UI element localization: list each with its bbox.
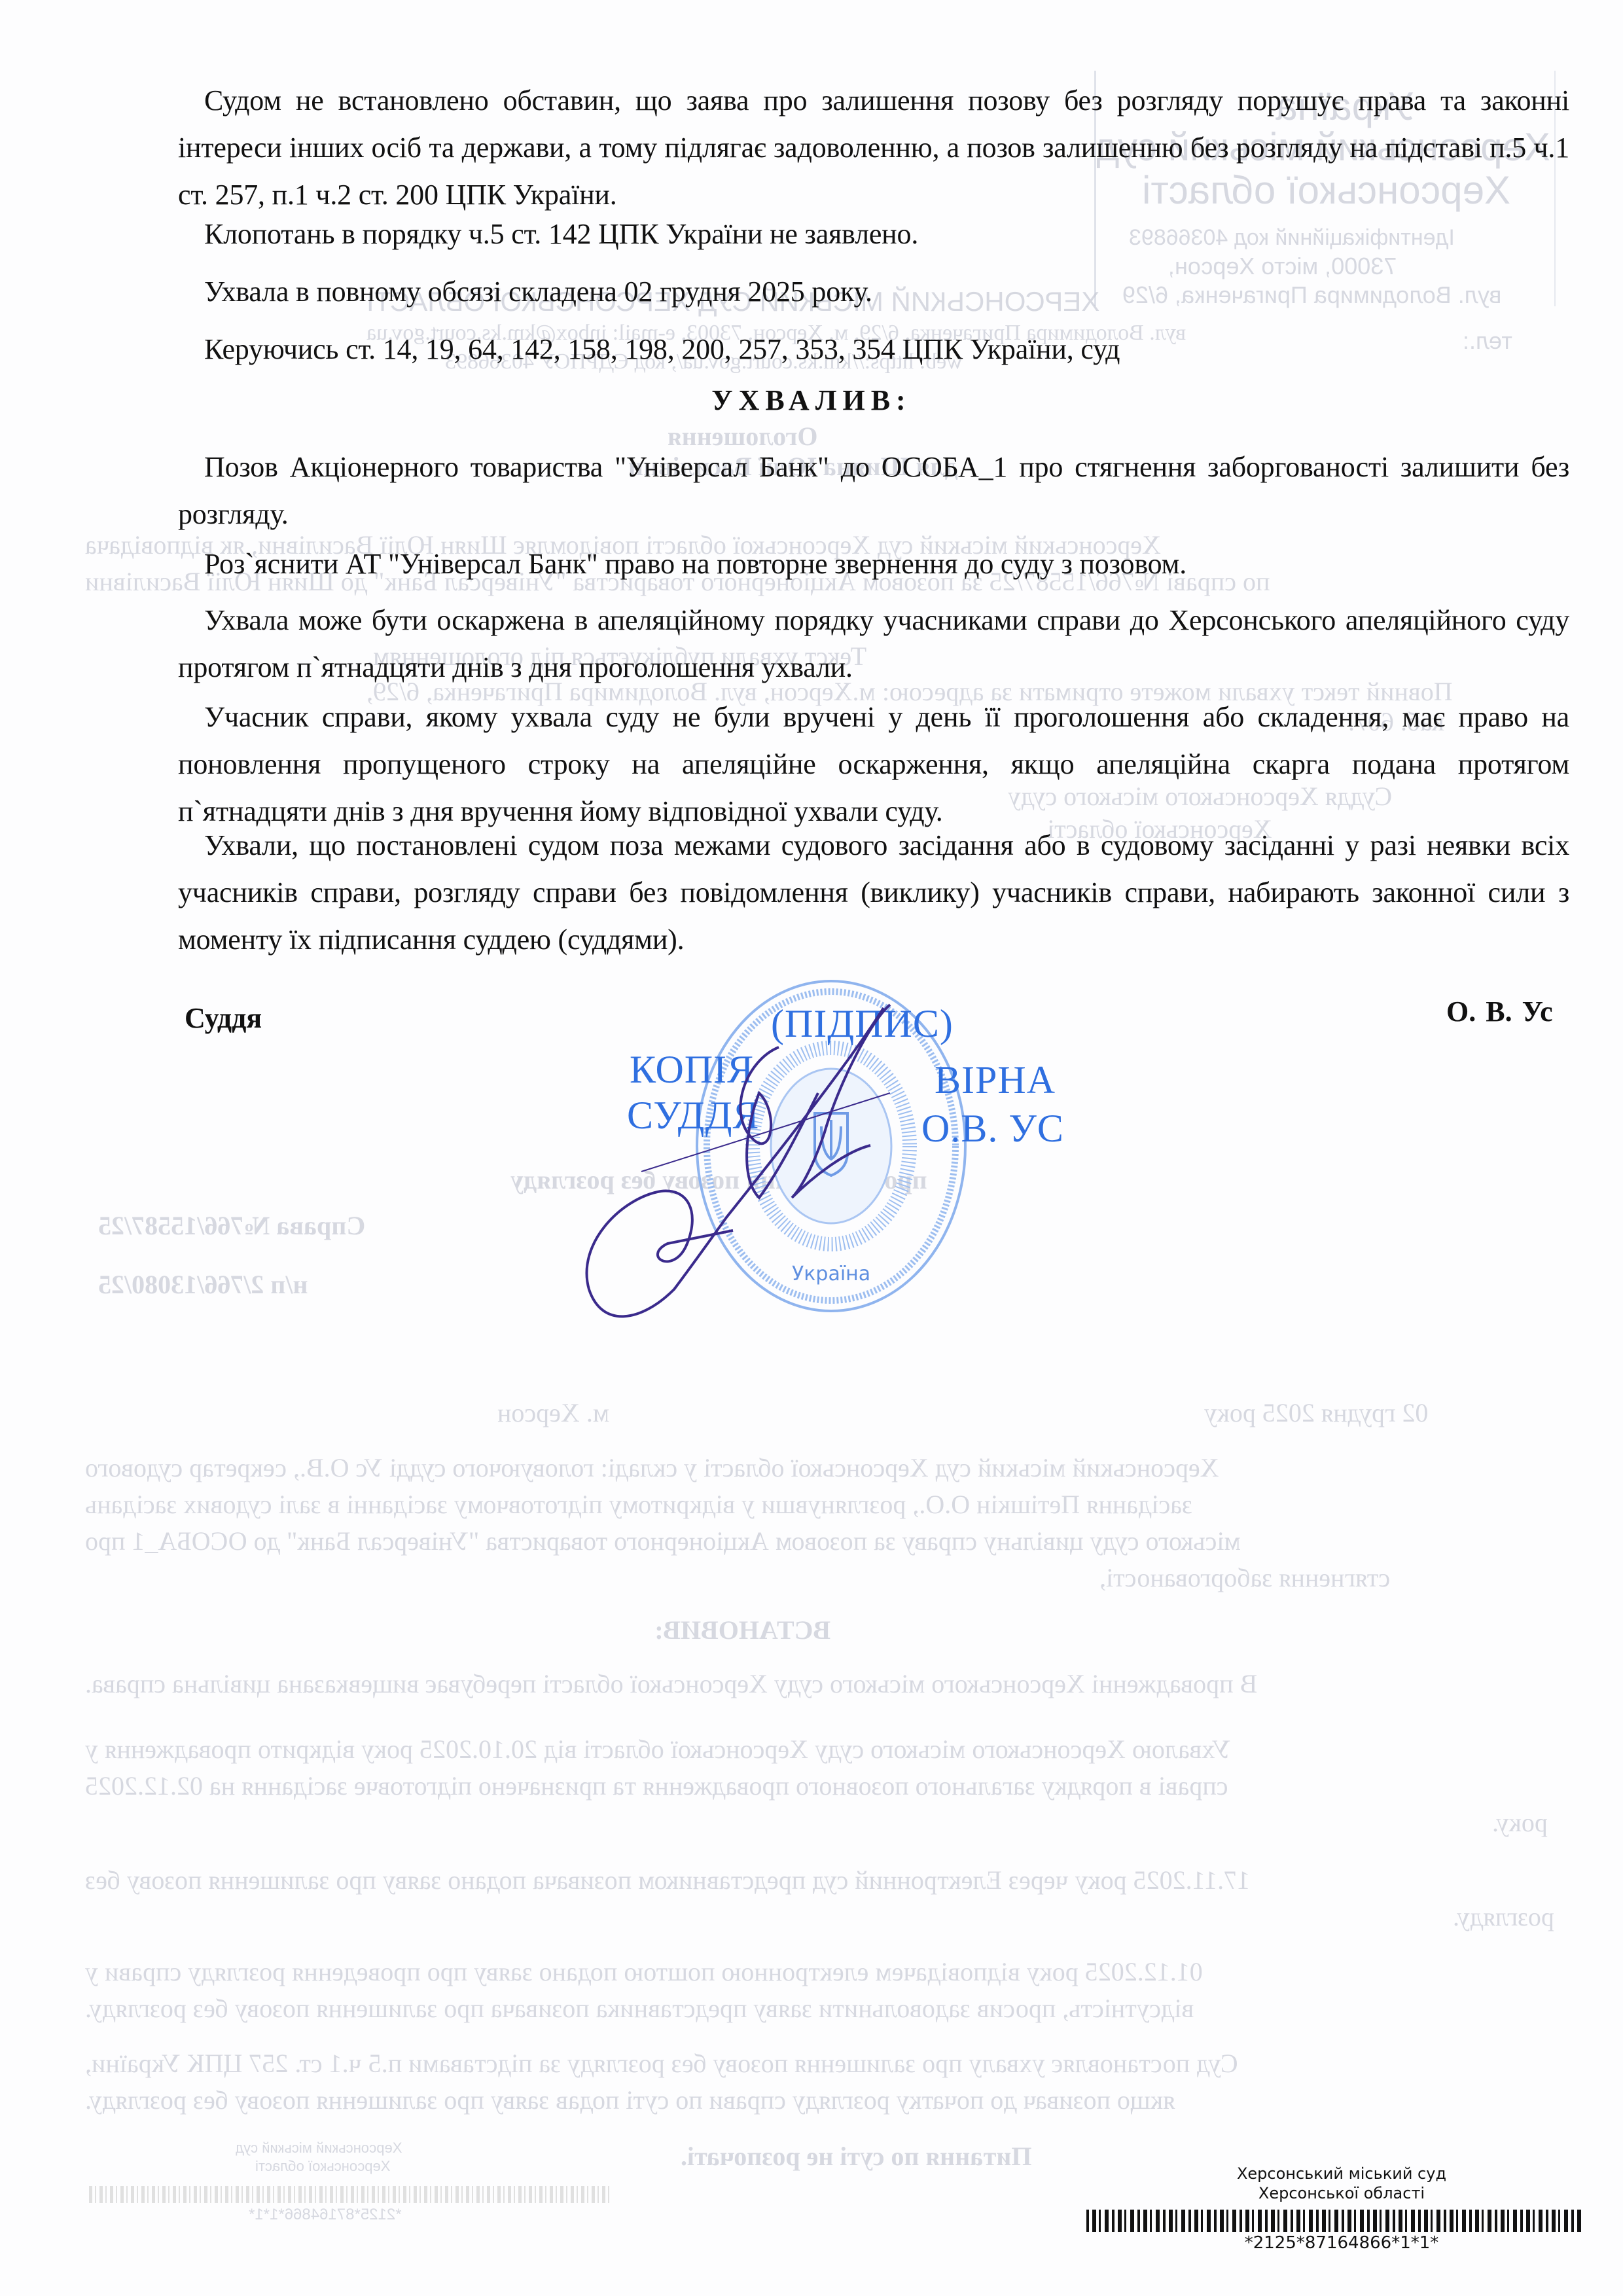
bleed-line: м. Херсон	[497, 1391, 609, 1435]
paragraph-guided-by: Керуючись ст. 14, 19, 64, 142, 158, 198,…	[178, 326, 1569, 373]
bleed-line: справі в порядку загального позовного пр…	[85, 1765, 1228, 1808]
resolution-item: Позов Акціонерного товариства "Універсал…	[178, 444, 1569, 538]
document-page: Україна Херсонський міський суд Херсонсь…	[0, 0, 1623, 2296]
resolution-item: Ухвала може бути оскаржена в апеляційном…	[178, 597, 1569, 691]
bleed-line: 17.11.2025 року через Електронний суд пр…	[85, 1859, 1250, 1902]
bleed-line: року.	[1492, 1801, 1548, 1844]
bleed-through-barcode	[89, 2186, 613, 2203]
bleed-line: *2125*87164866*1*1*	[249, 2206, 402, 2224]
paragraph-conclusion: Судом не встановлено обставин, що заява …	[178, 77, 1569, 219]
signature-name: О. В. Ус	[1446, 995, 1553, 1028]
bleed-line: ВСТАНОВИВ:	[654, 1609, 830, 1652]
handwritten-signature	[563, 982, 982, 1348]
bleed-line: розгляду.	[1453, 1895, 1554, 1939]
document-barcode	[1086, 2210, 1584, 2232]
bleed-line: н/п 2/766/13080/25	[98, 1263, 308, 1306]
bleed-line: міського суду цивільну справу за позовом…	[85, 1520, 1241, 1563]
footer-court-name: Херсонський міський суд Херсонської обла…	[1217, 2164, 1466, 2203]
bleed-line: стягнення заборгованості,	[1099, 1556, 1390, 1600]
resolution-item: Роз`яснити АТ "Універсал Банк" право на …	[178, 541, 1569, 588]
paragraph-motions: Клопотань в порядку ч.5 ст. 142 ЦПК Укра…	[178, 211, 1569, 258]
bleed-line: Херсонський міський суд	[236, 2139, 402, 2157]
bleed-line: 02 грудня 2025 року	[1204, 1391, 1428, 1435]
bleed-line: Херсонської області	[255, 2157, 390, 2176]
resolution-item: Учасник справи, якому ухвала суду не бул…	[178, 694, 1569, 835]
barcode-text: *2125*87164866*1*1*	[1217, 2233, 1466, 2253]
signature-role: Суддя	[185, 1001, 262, 1035]
bleed-line: В провадженні Херсонського міського суду…	[85, 1662, 1257, 1706]
bleed-line: якщо позивач до початку розгляду справи …	[85, 2079, 1175, 2122]
footer-court-line1: Херсонський міський суд	[1217, 2164, 1466, 2183]
footer-court-line2: Херсонської області	[1217, 2183, 1466, 2203]
bleed-line: Питання по суті не розпочаті.	[681, 2135, 1031, 2178]
resolution-heading: УХВАЛИВ:	[0, 384, 1623, 417]
bleed-line: Справа №766/15587/25	[98, 1204, 365, 1247]
paragraph-full-text-date: Ухвала в повному обсязі складена 02 груд…	[178, 268, 1569, 315]
resolution-item: Ухвали, що постановлені судом поза межам…	[178, 822, 1569, 963]
bleed-line: відсутність, просив задовольнити заяву п…	[85, 1987, 1194, 2030]
